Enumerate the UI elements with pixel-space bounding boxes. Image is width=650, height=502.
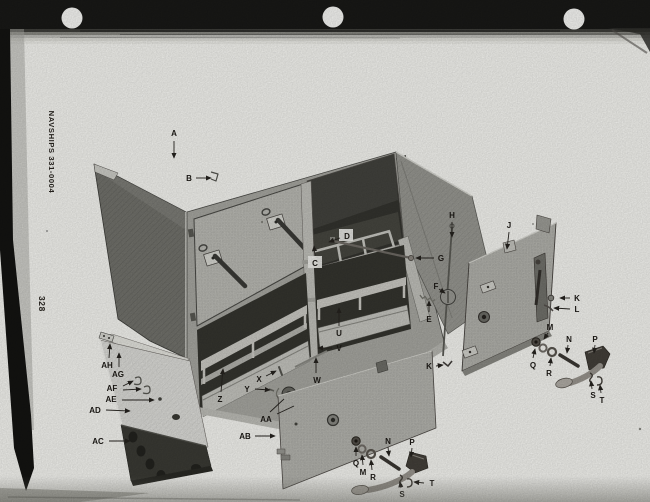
scanned-manual-page: NAVSHIPS 331-0004 328 [0,0,650,502]
photocopy-grain [0,0,650,502]
